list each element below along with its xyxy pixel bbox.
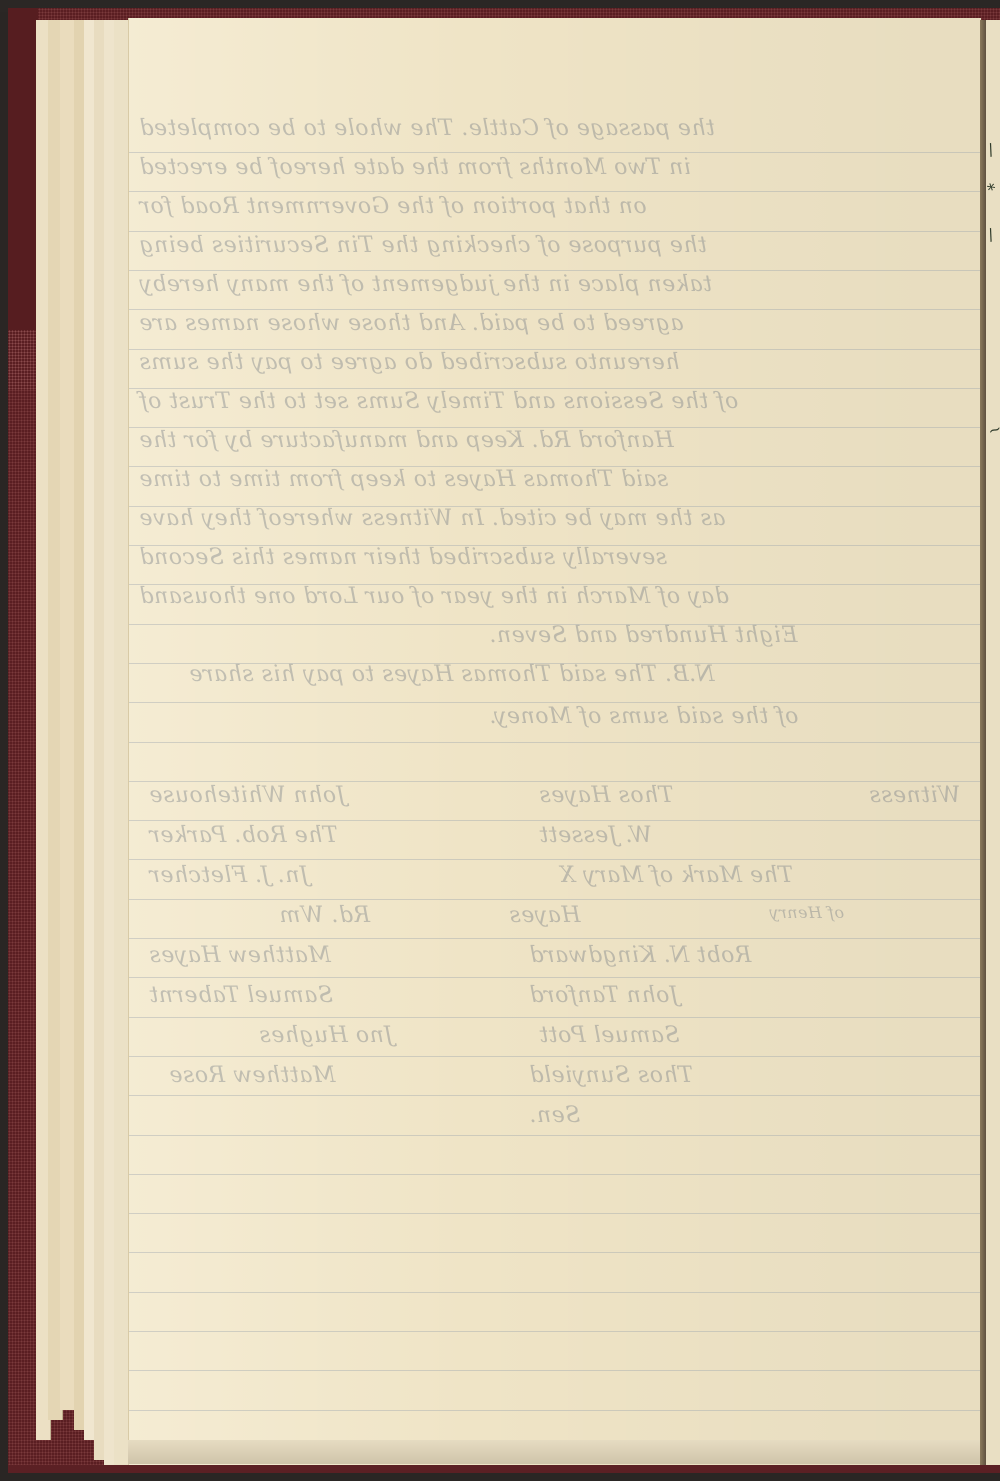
signature: The Mark of Mary X — [559, 863, 793, 888]
ruled-line — [129, 152, 981, 153]
bleed-line: as the may be cited. In Witness whereof … — [139, 506, 726, 531]
signature: John Tanford — [529, 983, 679, 1008]
signature: Hayes — [509, 903, 581, 928]
ledger-page: the passage of Cattle. The whole to be c… — [128, 18, 981, 1468]
signature: Rd. Wm — [279, 903, 370, 928]
ruled-line — [129, 1370, 981, 1371]
bleed-line: severally subscribed their names this Se… — [139, 545, 667, 570]
signature: Robt N. Kingdward — [529, 943, 751, 968]
leaf-edge — [114, 20, 129, 1468]
bleed-line: on that portion of the Government Road f… — [139, 194, 647, 219]
ruled-line — [129, 1017, 981, 1018]
bleed-line: in Two Months from the date hereof be er… — [139, 155, 691, 180]
bleed-line: the purpose of checking the Tin Securiti… — [139, 233, 707, 258]
ruled-line — [129, 742, 981, 743]
signature: Thos Sunyield — [529, 1063, 693, 1088]
witness-label: Witness — [869, 783, 960, 808]
ruled-line — [129, 1410, 981, 1411]
signature: The Rob. Parker — [149, 823, 338, 848]
bleed-line: Eight Hundred and Seven. — [489, 623, 797, 648]
ruled-line — [129, 938, 981, 939]
cover-leather-spine — [8, 8, 38, 338]
bleed-line: taken place in the judgement of the many… — [139, 272, 712, 297]
ruled-line — [129, 1252, 981, 1253]
signature: Matthew Rose — [169, 1063, 335, 1088]
cover-corner-cloth — [8, 330, 38, 390]
signature: Matthew Hayes — [149, 943, 331, 968]
margin-note: of Henry — [769, 903, 844, 922]
bleed-line: of the Sessions and Timely Sums set to t… — [139, 389, 738, 414]
ruled-line — [129, 1331, 981, 1332]
ruled-line — [129, 1174, 981, 1175]
signature: Samuel Pott — [539, 1023, 680, 1048]
bleed-line: N.B. The said Thomas Hayes to pay his sh… — [189, 662, 715, 687]
bleed-line: the passage of Cattle. The whole to be c… — [139, 116, 715, 141]
signature: Sen. — [529, 1103, 580, 1128]
ruled-line — [129, 1095, 981, 1096]
signature: W. Jessett — [539, 823, 652, 848]
ruled-line — [129, 1292, 981, 1293]
signature: Jno Hughes — [259, 1023, 393, 1048]
ruled-line — [129, 231, 981, 232]
ruled-line — [129, 1213, 981, 1214]
signature: Thos Hayes — [539, 783, 673, 808]
ruled-line — [129, 1056, 981, 1057]
ruled-line — [129, 191, 981, 192]
ruled-line — [129, 781, 981, 782]
page-bottom-shadow — [128, 1440, 980, 1464]
bleed-line: Hanford Rd. Keep and manufacture by for … — [139, 428, 674, 453]
bleed-line: day of March in the year of our Lord one… — [139, 584, 729, 609]
ruled-line — [129, 977, 981, 978]
ruled-line — [129, 1135, 981, 1136]
cover-bottom-edge — [8, 1465, 1000, 1473]
bleed-line: hereunto subscribed do agree to pay the … — [139, 350, 679, 375]
signature: John Whitehouse — [149, 783, 345, 808]
bleed-line: of the said sums of Money. — [489, 704, 798, 729]
ruled-line — [129, 270, 981, 271]
bleed-line: agreed to be paid. And those whose names… — [139, 311, 684, 336]
signature: Jn. J. Fletcher — [149, 863, 309, 888]
ruled-line — [129, 859, 981, 860]
ruled-line — [129, 899, 981, 900]
bleed-line: said Thomas Hayes to keep from time to t… — [139, 467, 668, 492]
ruled-line — [129, 820, 981, 821]
signature: Samuel Tabernt — [149, 983, 333, 1008]
